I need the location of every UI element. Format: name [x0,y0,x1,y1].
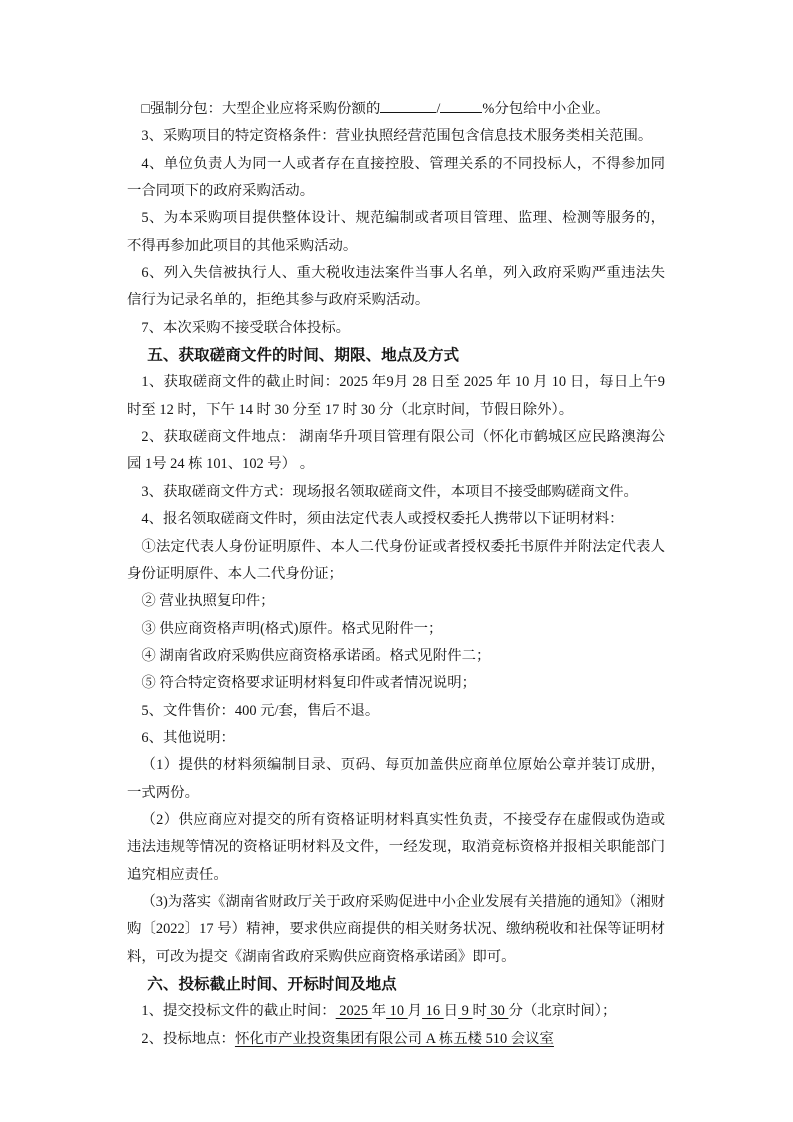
text-run: ④ 湖南省政府采购供应商资格承诺函。格式见附件二； [141,648,490,664]
clause-specific-qualification: 3、采购项目的特定资格条件：营业执照经营范围包含信息技术服务类相关范围。 [127,123,665,150]
clause-forced-subcontract: □强制分包：大型企业应将采购份额的/%分包给中小企业。 [127,96,665,123]
text-run: 1、获取磋商文件的截止时间：2025 年9月 28 日至 2025 年 10 月… [127,374,665,417]
text-run: 日 [444,1003,458,1019]
note-2: （2）供应商应对提交的所有资格证明材料真实性负责，不接受存在虚假或伪造或违法违规… [127,807,665,889]
text-run: 分（北京时间）； [508,1003,616,1019]
underlined-value: 怀化市产业投资集团有限公司 A 栋五楼 510 会议室 [235,1031,554,1047]
text-run: 五、获取磋商文件的时间、期限、地点及方式 [147,347,459,364]
text-run: 6、其他说明： [141,730,235,746]
text-run: ② 营业执照复印件； [141,593,274,609]
item-obtain-location: 2、获取磋商文件地点： 湖南华升项目管理有限公司（怀化市鹤城区应民路澳海公园 1… [127,424,665,479]
text-run: 7、本次采购不接受联合体投标。 [141,320,350,336]
material-1: ①法定代表人身份证明原件、本人二代身份证或者授权委托书原件并附法定代表人身份证明… [127,534,665,589]
material-2: ② 营业执照复印件； [127,588,665,615]
underlined-value: 16 [422,1003,444,1019]
document-content: □强制分包：大型企业应将采购份额的/%分包给中小企业。3、采购项目的特定资格条件… [127,96,665,1053]
underlined-value: 2025 [336,1003,372,1019]
item-bid-deadline: 1、提交投标文件的截止时间： 2025 年 10 月 16 日 9 时 30 分… [127,998,665,1025]
item-obtain-time: 1、获取磋商文件的截止时间：2025 年9月 28 日至 2025 年 10 月… [127,369,665,424]
material-3: ③ 供应商资格声明(格式)原件。格式见附件一； [127,616,665,643]
text-run: （1）提供的材料须编制目录、页码、每页加盖供应商单位原始公章并装订成册，一式两份… [127,757,665,800]
text-run: （3)为落实《湖南省财政厅关于政府采购促进中小企业发展有关措施的通知》（湘财购〔… [127,894,665,965]
note-1: （1）提供的材料须编制目录、页码、每页加盖供应商单位原始公章并装订成册，一式两份… [127,752,665,807]
fill-in-blank [380,109,436,113]
text-run: 4、单位负责人为同一人或者存在直接控股、管理关系的不同投标人，不得参加同一合同项… [127,156,665,199]
text-run: □强制分包：大型企业应将采购份额的 [141,101,380,117]
text-run: 5、为本采购项目提供整体设计、规范编制或者项目管理、监理、检测等服务的，不得再参… [127,210,665,253]
material-4: ④ 湖南省政府采购供应商资格承诺函。格式见附件二； [127,643,665,670]
document-page: □强制分包：大型企业应将采购份额的/%分包给中小企业。3、采购项目的特定资格条件… [0,0,793,1122]
text-run: 3、获取磋商文件方式：现场报名领取磋商文件，本项目不接受邮购磋商文件。 [141,484,637,500]
underlined-value: 30 [487,1003,509,1019]
clause-no-consortium: 7、本次采购不接受联合体投标。 [127,315,665,342]
material-5: ⑤ 符合特定资格要求证明材料复印件或者情况说明； [127,670,665,697]
note-3: （3)为落实《湖南省财政厅关于政府采购促进中小企业发展有关措施的通知》（湘财购〔… [127,889,665,971]
item-obtain-method: 3、获取磋商文件方式：现场报名领取磋商文件，本项目不接受邮购磋商文件。 [127,479,665,506]
fill-in-blank [440,109,482,113]
text-run: %分包给中小企业。 [482,101,609,117]
text-run: （2）供应商应对提交的所有资格证明材料真实性负责，不接受存在虚假或伪造或违法违规… [127,812,665,883]
text-run: 5、文件售价：400 元/套，售后不退。 [141,703,379,719]
item-bid-location: 2、投标地点：怀化市产业投资集团有限公司 A 栋五楼 510 会议室 [127,1026,665,1053]
text-run: 2、获取磋商文件地点： 湖南华升项目管理有限公司（怀化市鹤城区应民路澳海公园 1… [127,429,665,472]
clause-service-provider-restriction: 5、为本采购项目提供整体设计、规范编制或者项目管理、监理、检测等服务的，不得再参… [127,205,665,260]
underlined-value: 10 [386,1003,408,1019]
text-run: 月 [408,1003,422,1019]
text-run: 6、列入失信被执行人、重大税收违法案件当事人名单，列入政府采购严重违法失信行为记… [127,265,665,308]
section-5-heading: 五、获取磋商文件的时间、期限、地点及方式 [127,342,665,369]
text-run: 1、提交投标文件的截止时间： [141,1003,335,1019]
item-registration-materials: 4、报名领取磋商文件时，须由法定代表人或授权委托人携带以下证明材料： [127,506,665,533]
text-run: 3、采购项目的特定资格条件：营业执照经营范围包含信息技术服务类相关范围。 [141,128,652,144]
underlined-value: 9 [458,1003,472,1019]
text-run: 4、报名领取磋商文件时，须由法定代表人或授权委托人携带以下证明材料： [141,511,623,527]
text-run: 2、投标地点： [141,1031,235,1047]
text-run: 年 [372,1003,386,1019]
text-run: 六、投标截止时间、开标时间及地点 [147,976,397,993]
text-run: ①法定代表人身份证明原件、本人二代身份证或者授权委托书原件并附法定代表人身份证明… [127,539,665,582]
item-document-price: 5、文件售价：400 元/套，售后不退。 [127,698,665,725]
section-6-heading: 六、投标截止时间、开标时间及地点 [127,971,665,998]
clause-dishonest-list: 6、列入失信被执行人、重大税收违法案件当事人名单，列入政府采购严重违法失信行为记… [127,260,665,315]
text-run: ③ 供应商资格声明(格式)原件。格式见附件一； [141,621,442,637]
text-run: 时 [472,1003,486,1019]
text-run: ⑤ 符合特定资格要求证明材料复印件或者情况说明； [141,675,476,691]
clause-same-responsible-person: 4、单位负责人为同一人或者存在直接控股、管理关系的不同投标人，不得参加同一合同项… [127,151,665,206]
item-other-notes: 6、其他说明： [127,725,665,752]
